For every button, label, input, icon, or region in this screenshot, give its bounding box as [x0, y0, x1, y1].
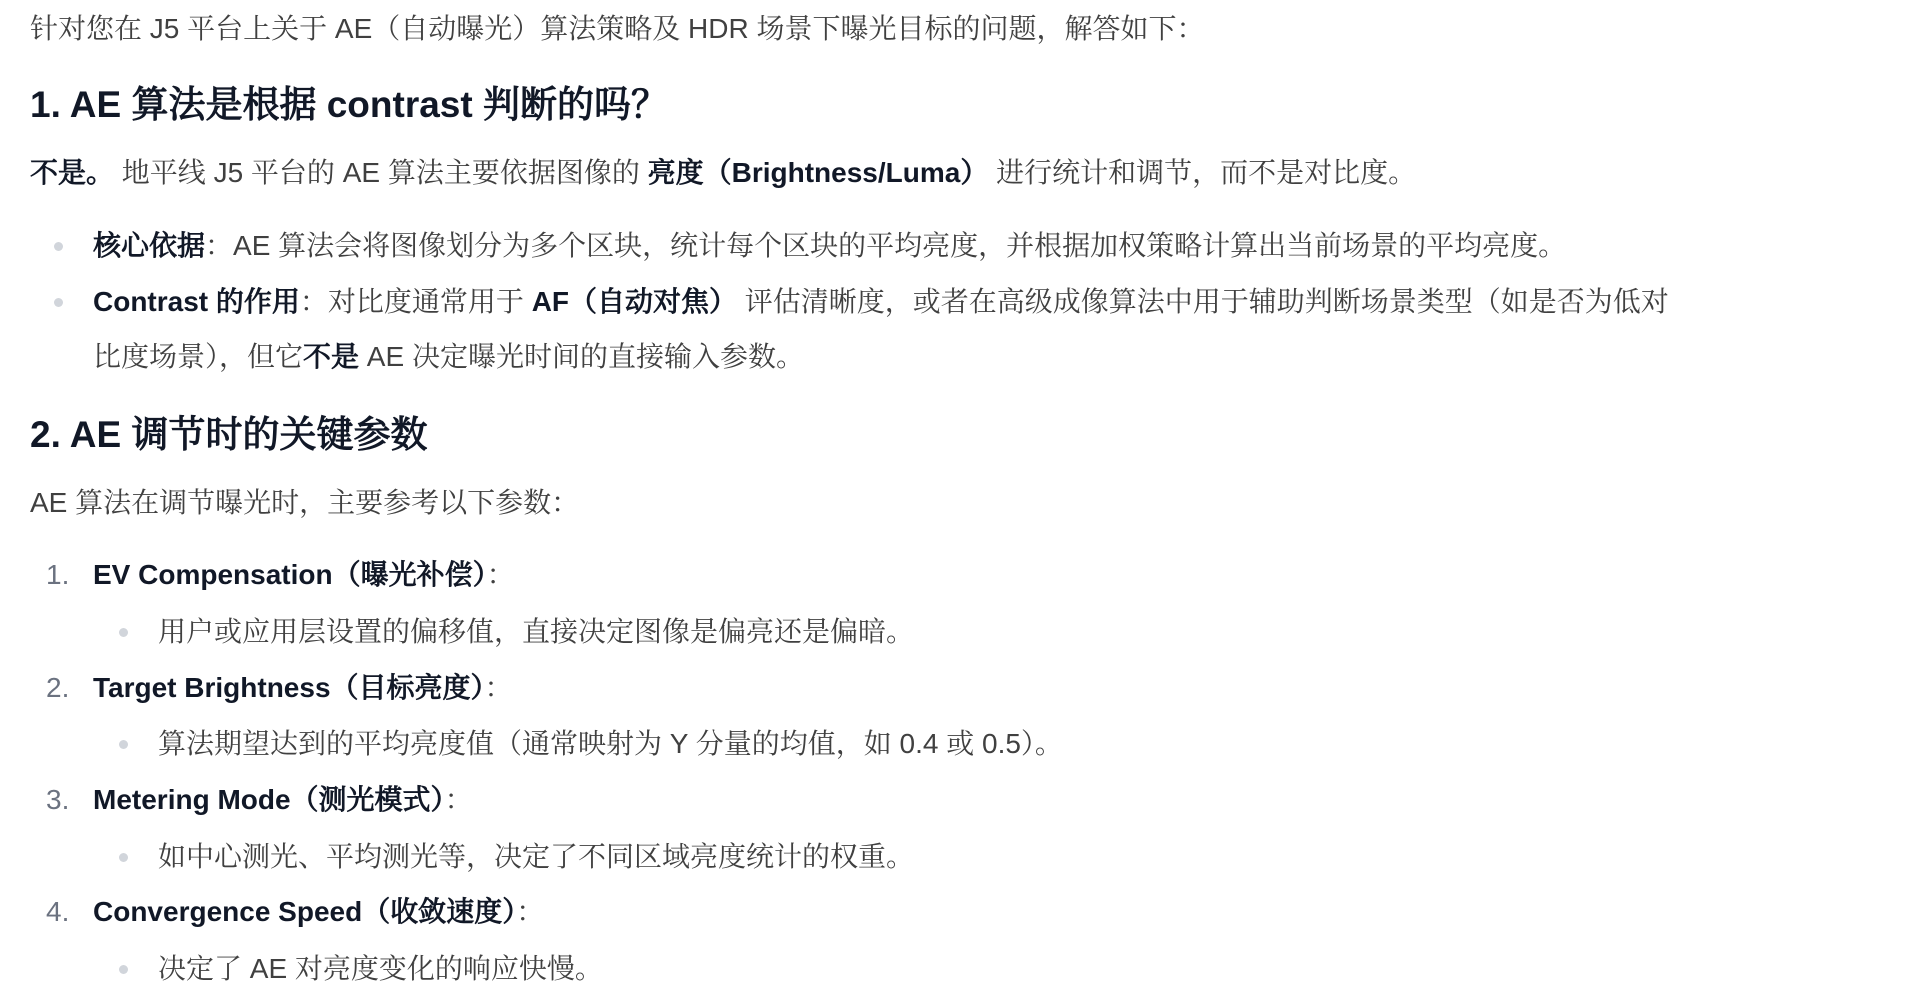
list-item-metering-mode: Metering Mode（测光模式）： — [93, 772, 1896, 828]
section1-answer: 不是。 地平线 J5 平台的 AE 算法主要依据图像的 亮度（Brightnes… — [30, 145, 1896, 201]
colon: ： — [516, 896, 544, 927]
item-detail: 如中心测光、平均测光等，决定了不同区域亮度统计的权重。 — [158, 841, 914, 872]
list-number: 1. — [46, 547, 69, 603]
item-detail: 决定了 AE 对亮度变化的响应快慢。 — [158, 953, 603, 984]
bullet-icon — [119, 740, 128, 749]
list-item-ev-compensation: EV Compensation（曝光补偿）： — [93, 547, 1896, 603]
section2-heading: 2. AE 调节时的关键参数 — [30, 407, 1896, 463]
bullet-icon — [54, 242, 63, 251]
colon: ： — [445, 784, 473, 815]
answer-bold-no: 不是。 — [30, 157, 114, 188]
bullet-icon — [54, 298, 63, 307]
list-number: 2. — [46, 660, 69, 716]
bullet-icon — [119, 853, 128, 862]
bullet-bold-af: AF（自动对焦） — [532, 286, 737, 317]
item-title: Target Brightness（目标亮度） — [93, 672, 485, 703]
bullet-bold-not: 不是 — [303, 341, 359, 372]
list-item-core-basis: 核心依据：AE 算法会将图像划分为多个区块，统计每个区块的平均亮度，并根据加权策… — [93, 218, 1896, 274]
bullet-text: ：对比度通常用于 — [300, 286, 532, 317]
bullet-text: AE 决定曝光时间的直接输入参数。 — [359, 341, 804, 372]
bullet-label: Contrast 的作用 — [93, 286, 300, 317]
list-number: 3. — [46, 772, 69, 828]
answer-bold-brightness: 亮度（Brightness/Luma） — [648, 157, 989, 188]
colon: ： — [487, 559, 515, 590]
list-item-contrast-role-cont: 比度场景），但它不是 AE 决定曝光时间的直接输入参数。 — [93, 329, 1896, 385]
list-item-detail: 用户或应用层设置的偏移值，直接决定图像是偏亮还是偏暗。 — [158, 604, 1896, 660]
list-item-target-brightness: Target Brightness（目标亮度）： — [93, 660, 1896, 716]
intro-paragraph: 针对您在 J5 平台上关于 AE（自动曝光）算法策略及 HDR 场景下曝光目标的… — [30, 1, 1896, 57]
list-item-detail: 如中心测光、平均测光等，决定了不同区域亮度统计的权重。 — [158, 829, 1896, 885]
answer-text: 地平线 J5 平台的 AE 算法主要依据图像的 — [114, 157, 648, 188]
list-item-contrast-role: Contrast 的作用：对比度通常用于 AF（自动对焦） 评估清晰度，或者在高… — [93, 274, 1896, 330]
section1-heading: 1. AE 算法是根据 contrast 判断的吗？ — [30, 77, 1896, 133]
section2-intro: AE 算法在调节曝光时，主要参考以下参数： — [30, 475, 1896, 531]
list-item-convergence-speed: Convergence Speed（收敛速度）： — [93, 884, 1896, 940]
list-item-detail: 决定了 AE 对亮度变化的响应快慢。 — [158, 941, 1896, 997]
list-number: 4. — [46, 884, 69, 940]
intro-text: 针对您在 J5 平台上关于 AE（自动曝光）算法策略及 HDR 场景下曝光目标的… — [30, 13, 1205, 44]
item-detail: 用户或应用层设置的偏移值，直接决定图像是偏亮还是偏暗。 — [158, 616, 914, 647]
colon: ： — [485, 672, 513, 703]
bullet-text: 评估清晰度，或者在高级成像算法中用于辅助判断场景类型（如是否为低对 — [737, 286, 1669, 317]
bullet-icon — [119, 628, 128, 637]
section2-intro-text: AE 算法在调节曝光时，主要参考以下参数： — [30, 487, 579, 518]
item-title: Metering Mode（测光模式） — [93, 784, 445, 815]
bullet-icon — [119, 965, 128, 974]
bullet-text: ：AE 算法会将图像划分为多个区块，统计每个区块的平均亮度，并根据加权策略计算出… — [205, 230, 1566, 261]
bullet-label: 核心依据 — [93, 230, 205, 261]
section1-heading-text: 1. AE 算法是根据 contrast 判断的吗？ — [30, 84, 668, 125]
item-title: EV Compensation（曝光补偿） — [93, 559, 487, 590]
bullet-text: 比度场景），但它 — [93, 341, 303, 372]
item-title: Convergence Speed（收敛速度） — [93, 896, 516, 927]
list-item-detail: 算法期望达到的平均亮度值（通常映射为 Y 分量的均值，如 0.4 或 0.5）。 — [158, 716, 1896, 772]
section2-heading-text: 2. AE 调节时的关键参数 — [30, 414, 427, 455]
item-detail: 算法期望达到的平均亮度值（通常映射为 Y 分量的均值，如 0.4 或 0.5）。 — [158, 728, 1063, 759]
answer-text-end: 进行统计和调节，而不是对比度。 — [988, 157, 1416, 188]
